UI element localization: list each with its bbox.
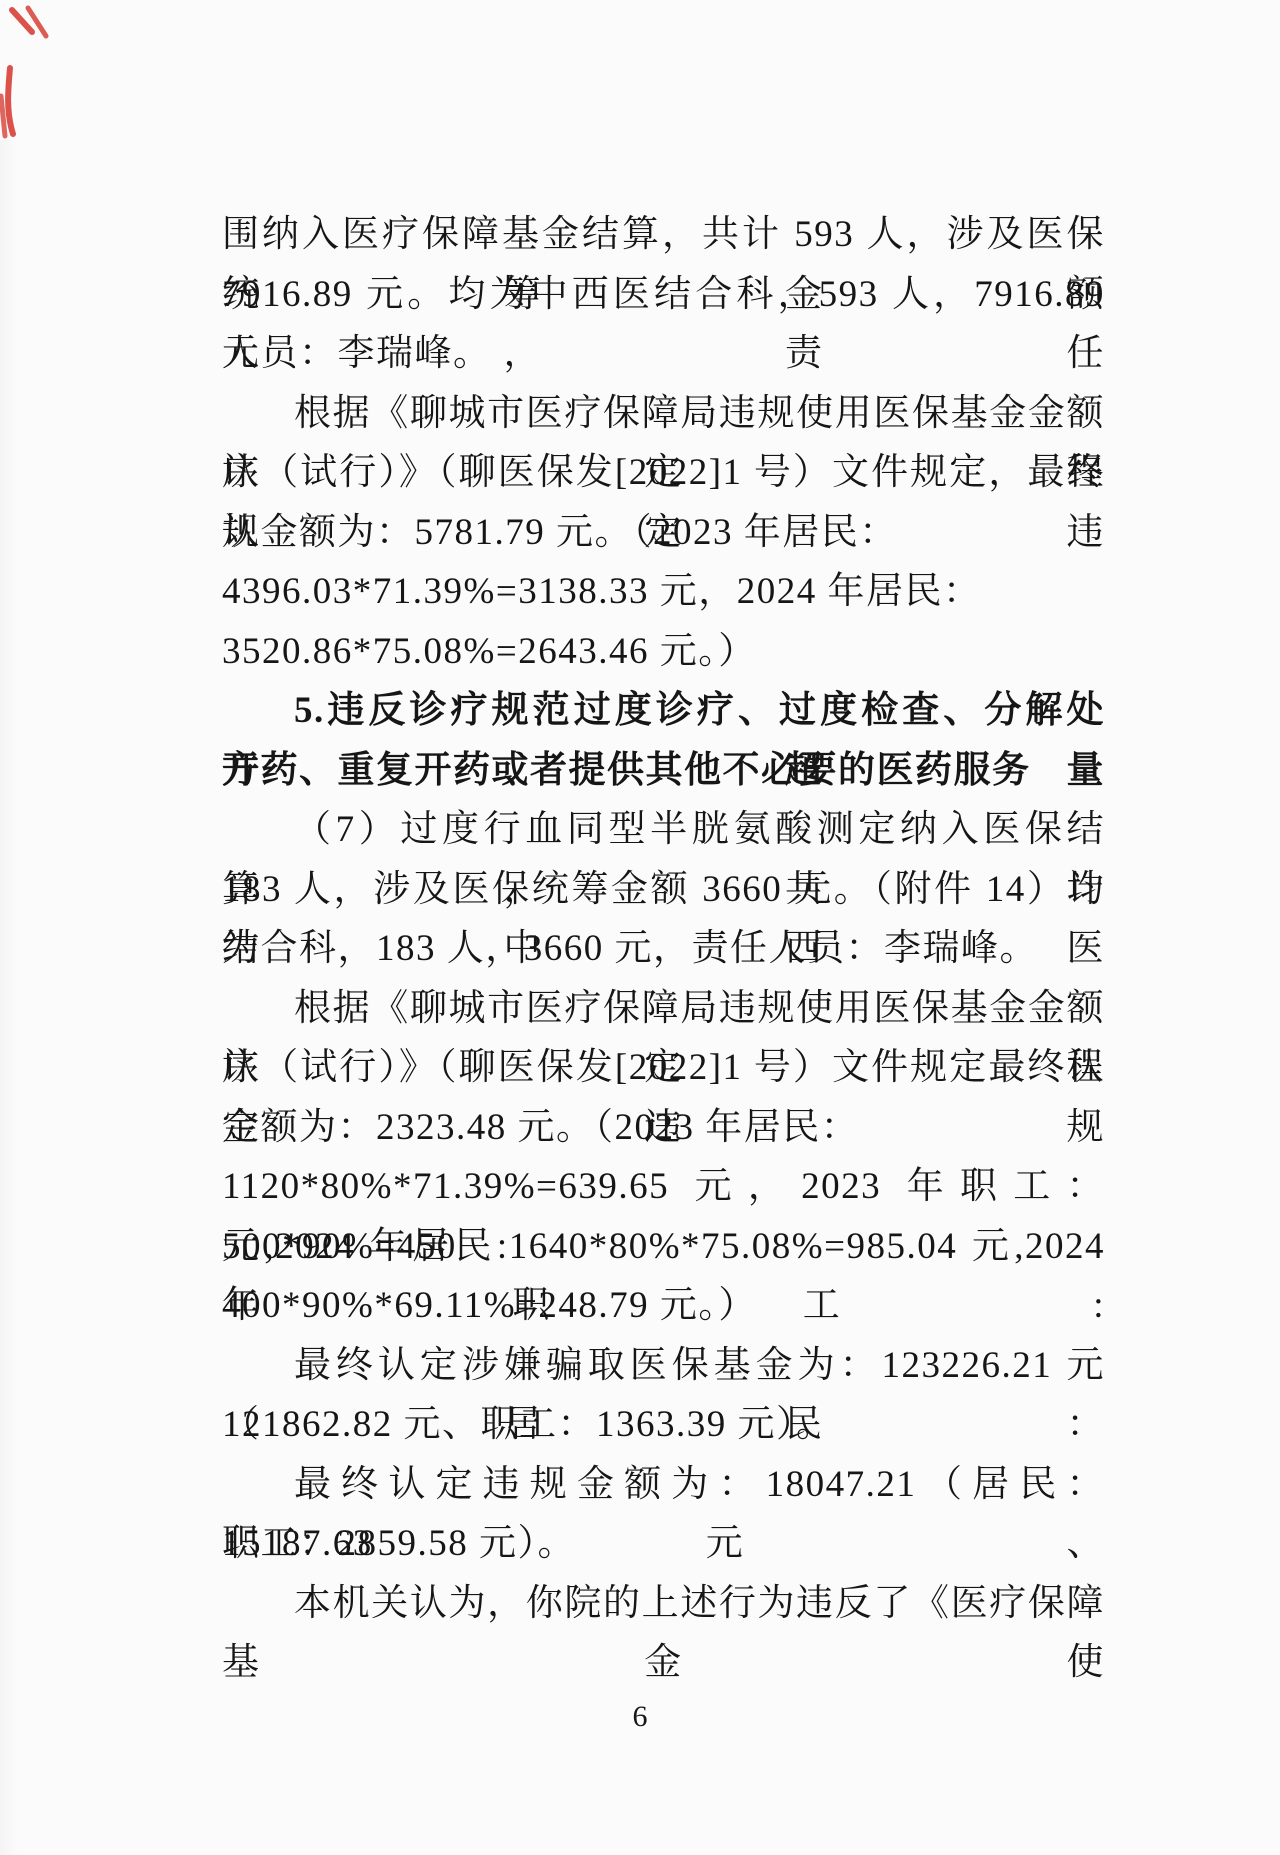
text-line: 开药、重复开药或者提供其他不必要的医药服务: [222, 741, 1105, 801]
text-line: 5.违反诊疗规范过度诊疗、过度检查、分解处方、超量: [222, 681, 1105, 741]
text-line: 根据《聊城市医疗保障局违规使用医保基金金额认定程: [222, 979, 1105, 1039]
scan-edge-shading: [0, 140, 18, 1855]
red-annotation-marks: [0, 0, 70, 160]
text-line: 1120*80%*71.39%=639.65 元，2023 年职工：500*90…: [222, 1157, 1105, 1217]
text-line: 根据《聊城市医疗保障局违规使用医保基金金额认定程: [222, 384, 1105, 444]
text-line: 4396.03*71.39%=3138.33 元，2024 年居民：: [222, 562, 1105, 622]
text-line: 7916.89 元。均为中西医结合科，593 人，7916.89 元，责任: [222, 265, 1105, 325]
text-line: 结合科，183 人，3660 元，责任人员：李瑞峰。: [222, 919, 1105, 979]
text-line: 序（试行）》（聊医保发[2022]1 号）文件规定最终认定违规: [222, 1038, 1105, 1098]
text-line: 本机关认为，你院的上述行为违反了《医疗保障基金使: [222, 1574, 1105, 1634]
document-body: 围纳入医疗保障基金结算，共计 593 人，涉及医保统筹金额7916.89 元。均…: [222, 205, 1105, 1633]
text-line: 183 人，涉及医保统筹金额 3660 元。（附件 14）均为中西医: [222, 860, 1105, 920]
text-line: 元,2024 年居民:1640*80%*75.08%=985.04 元,2024…: [222, 1217, 1105, 1277]
text-line: 最终认定违规金额为：18047.21（居民：15187.63 元、: [222, 1455, 1105, 1515]
text-line: 最终认定涉嫌骗取医保基金为：123226.21 元（居民：: [222, 1336, 1105, 1396]
page-number: 6: [0, 1700, 1280, 1734]
document-page: 围纳入医疗保障基金结算，共计 593 人，涉及医保统筹金额7916.89 元。均…: [0, 0, 1280, 1855]
text-line: （7）过度行血同型半胱氨酸测定纳入医保结算，共计: [222, 800, 1105, 860]
text-line: 围纳入医疗保障基金结算，共计 593 人，涉及医保统筹金额: [222, 205, 1105, 265]
text-line: 序（试行）》（聊医保发[2022]1 号）文件规定，最终认定违: [222, 443, 1105, 503]
text-line: 3520.86*75.08%=2643.46 元。）: [222, 622, 1105, 682]
